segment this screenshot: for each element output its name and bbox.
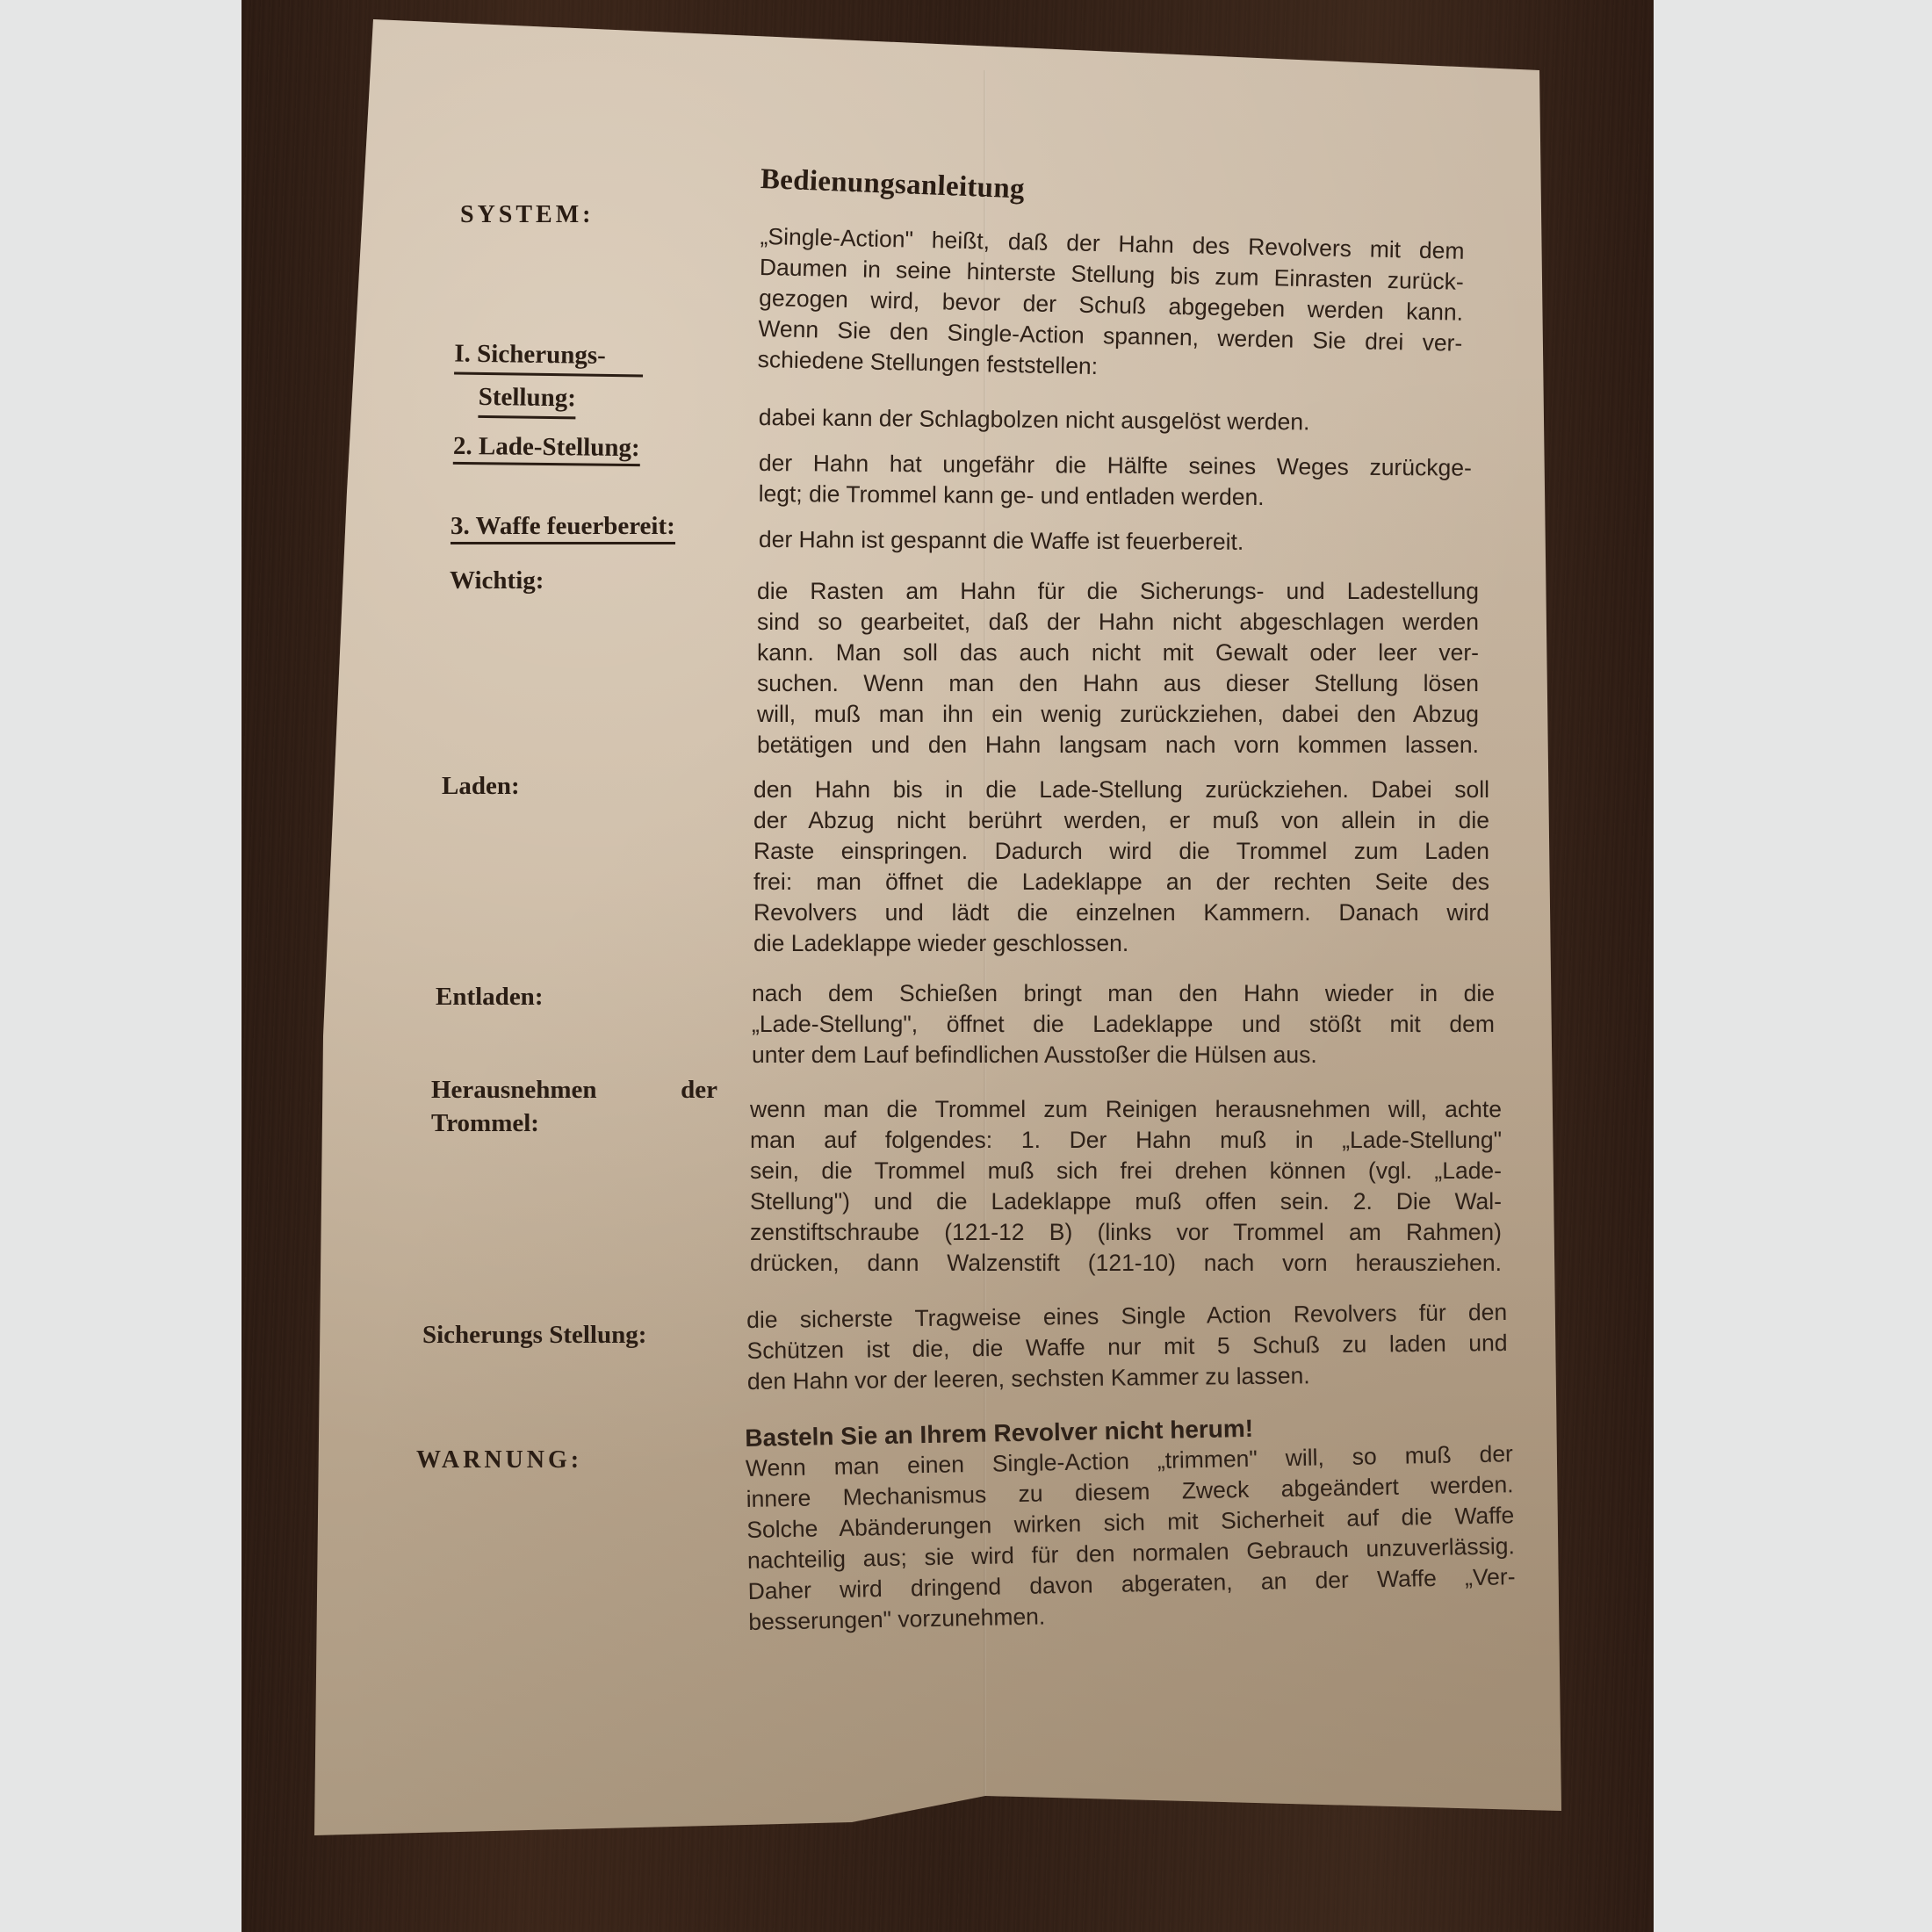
text-line: die Rasten am Hahn für die Sicherungs- u… (757, 576, 1479, 607)
section-laden-text: den Hahn bis in die Lade-Stellung zurück… (753, 775, 1489, 959)
label-line: 2. Lade-Stellung: (453, 432, 640, 466)
label-line: I. Sicherungs- (454, 337, 644, 378)
text-line: der Hahn hat ungefähr die Hälfte seines … (759, 448, 1472, 484)
label-line: Stellung: (478, 380, 576, 420)
section-wichtig-text: die Rasten am Hahn für die Sicherungs- u… (757, 576, 1479, 761)
label-line: Herausnehmen der (431, 1073, 717, 1107)
text-line: dabei kann der Schlagbolzen nicht ausgel… (759, 402, 1461, 439)
text-line: sind so gearbeitet, daß der Hahn nicht a… (757, 607, 1479, 638)
text-line: frei: man öffnet die Ladeklappe an der r… (753, 867, 1489, 898)
label-system: SYSTEM: (460, 198, 594, 232)
section-waffe-feuerbereit-text: der Hahn ist gespannt die Waffe ist feue… (759, 524, 1461, 559)
section-warnung-text: Basteln Sie an Ihrem Revolver nicht heru… (745, 1408, 1517, 1638)
text-line: sein, die Trommel muß sich frei drehen k… (750, 1156, 1502, 1186)
section-sicherungs-stellung-2-text: die sicherste Tragweise eines Single Act… (746, 1297, 1508, 1397)
text-line: nach dem Schießen bringt man den Hahn wi… (752, 978, 1495, 1009)
label-line: Trommel: (431, 1109, 539, 1137)
text-line: legt; die Trommel kann ge- und entladen … (759, 479, 1472, 515)
text-line: betätigen und den Hahn langsam nach vorn… (757, 730, 1479, 761)
text-line: will, muß man ihn ein wenig zurückziehen… (757, 699, 1479, 730)
text-line: „Lade-Stellung", öffnet die Ladeklappe u… (752, 1009, 1495, 1040)
text-line: suchen. Wenn man den Hahn aus dieser Ste… (757, 668, 1479, 699)
section-lade-stellung-text: der Hahn hat ungefähr die Hälfte seines … (759, 448, 1472, 515)
text-line: wenn man die Trommel zum Reinigen heraus… (750, 1094, 1502, 1125)
label-lade-stellung: 2. Lade-Stellung: (453, 429, 640, 465)
text-line: unter dem Lauf befindlichen Ausstoßer di… (752, 1040, 1495, 1071)
label-sicherungs-stellung-2: Sicherungs Stellung: (422, 1318, 646, 1352)
section-sicherungs-stellung-text: dabei kann der Schlagbolzen nicht ausgel… (759, 402, 1461, 439)
text-line: Raste einspringen. Dadurch wird die Trom… (753, 836, 1489, 867)
section-herausnehmen-text: wenn man die Trommel zum Reinigen heraus… (750, 1094, 1502, 1279)
text-line: zenstiftschraube (121-12 B) (links vor T… (750, 1217, 1502, 1248)
label-warnung: WARNUNG: (416, 1444, 582, 1477)
text-line: drücken, dann Walzenstift (121-10) nach … (750, 1248, 1502, 1279)
label-waffe-feuerbereit: 3. Waffe feuerbereit: (451, 509, 675, 543)
label-line: 3. Waffe feuerbereit: (451, 512, 675, 544)
section-entladen-text: nach dem Schießen bringt man den Hahn wi… (752, 978, 1495, 1071)
text-line: Stellung") und die Ladeklappe muß offen … (750, 1186, 1502, 1217)
label-entladen: Entladen: (436, 980, 543, 1013)
label-sicherungs-stellung: I. Sicherungs- Stellung: (453, 337, 643, 421)
text-line: die Ladeklappe wieder geschlossen. (753, 928, 1489, 959)
text-line: der Hahn ist gespannt die Waffe ist feue… (759, 524, 1461, 559)
text-line: kann. Man soll das auch nicht mit Gewalt… (757, 638, 1479, 668)
label-laden: Laden: (442, 769, 520, 803)
text-line: man auf folgendes: 1. Der Hahn muß in „L… (750, 1125, 1502, 1156)
label-wichtig: Wichtig: (450, 564, 544, 597)
intro-paragraph: „Single-Action" heißt, daß der Hahn des … (757, 221, 1464, 390)
text-line: der Abzug nicht berührt werden, er muß v… (753, 805, 1489, 836)
text-line: den Hahn bis in die Lade-Stellung zurück… (753, 775, 1489, 805)
text-line: Revolvers und lädt die einzelnen Kammern… (753, 898, 1489, 928)
label-herausnehmen-der-trommel: Herausnehmen der Trommel: (431, 1073, 717, 1140)
